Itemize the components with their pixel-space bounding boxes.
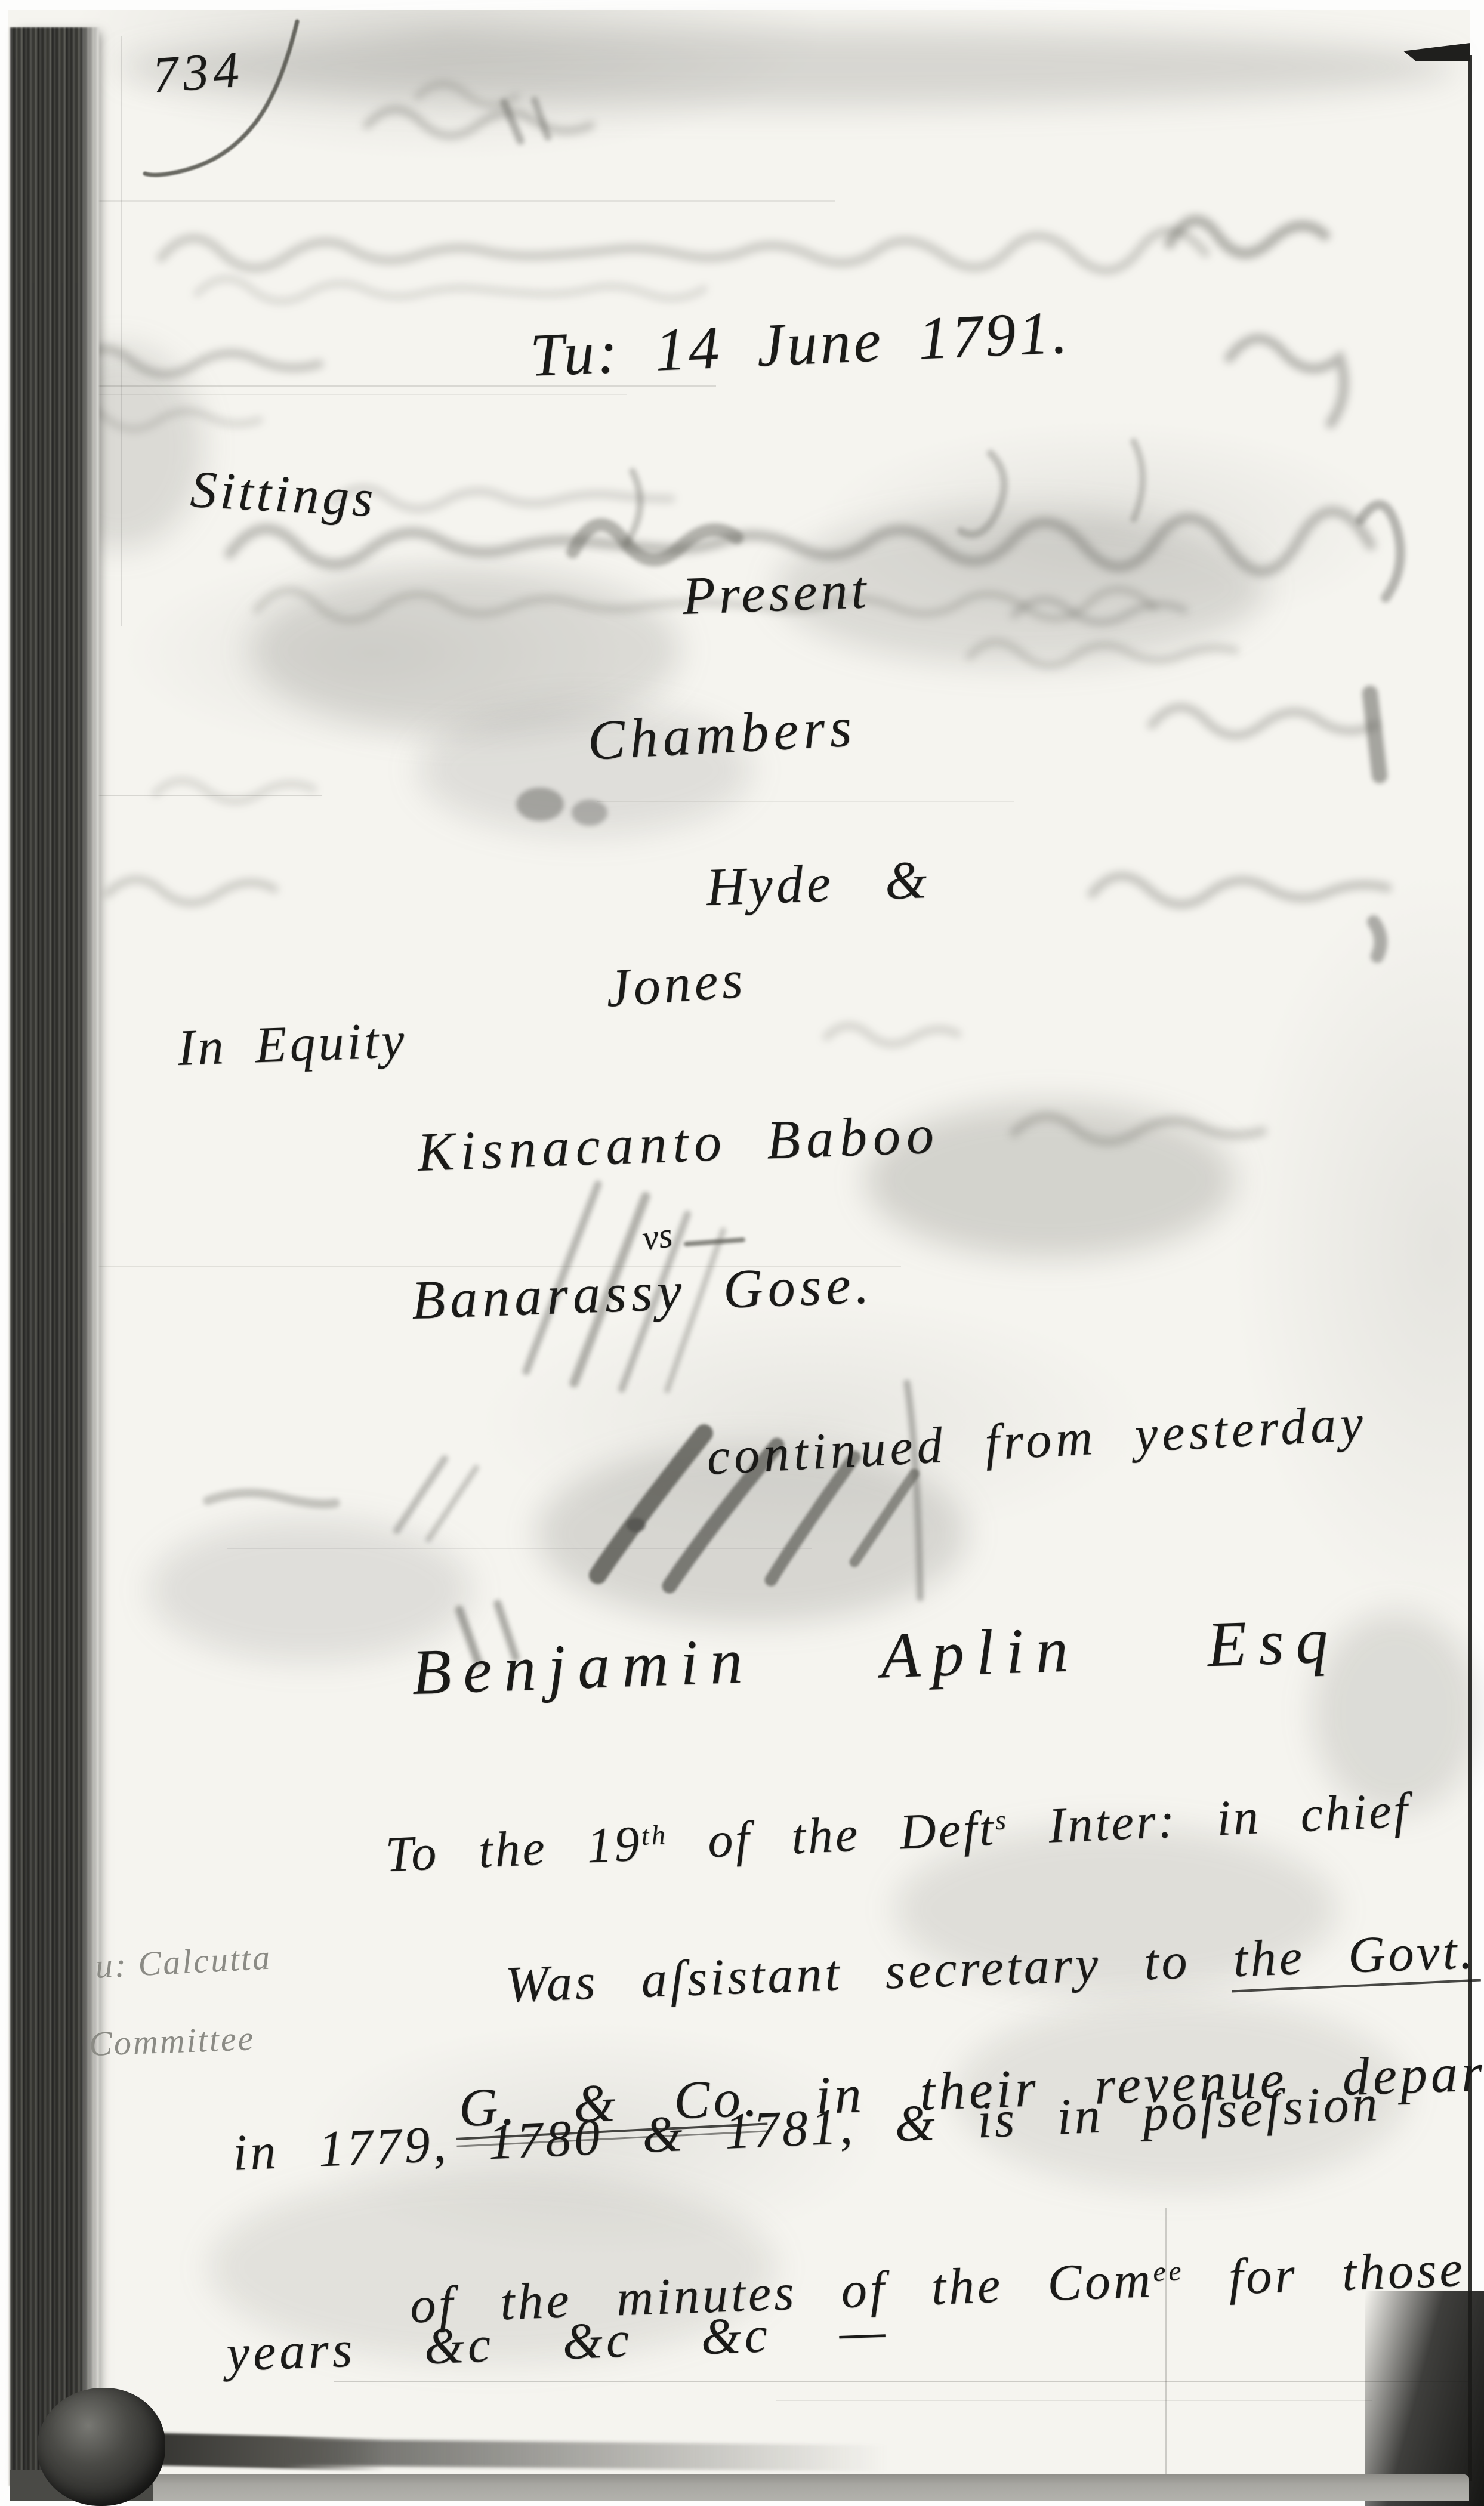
manuscript-scan: 734 Tu: 14 June 1791. Sittings Present C…: [0, 0, 1484, 2506]
judge-jones: Jones: [604, 949, 748, 1020]
bottom-shadow-band: [10, 2474, 1469, 2501]
versus-label: vs: [640, 1214, 675, 1259]
judge-hyde: Hyde &: [705, 849, 931, 918]
equity-heading: In Equity: [177, 1010, 408, 1078]
testimony-line2-underlined: the Govt.: [1232, 1921, 1476, 1989]
testimony-line5-sup-ee: ee: [1152, 2255, 1184, 2288]
testimony-line1-text: To the 19: [384, 1816, 643, 1882]
present-label: Present: [681, 559, 871, 627]
testimony-line1-text: Inter: in chief: [1007, 1782, 1411, 1855]
testimony-line1-text: of the Deft: [667, 1801, 996, 1871]
page-clamp-knob: [37, 2388, 165, 2506]
testimony-line1-sup-s: s: [995, 1804, 1009, 1835]
margin-note-line2: Committee: [88, 2018, 255, 2064]
sittings-label: Sittings: [189, 459, 378, 529]
testimony-line1-sup-th: th: [641, 1819, 668, 1851]
clamp-arm-shadow: [134, 2433, 385, 2471]
